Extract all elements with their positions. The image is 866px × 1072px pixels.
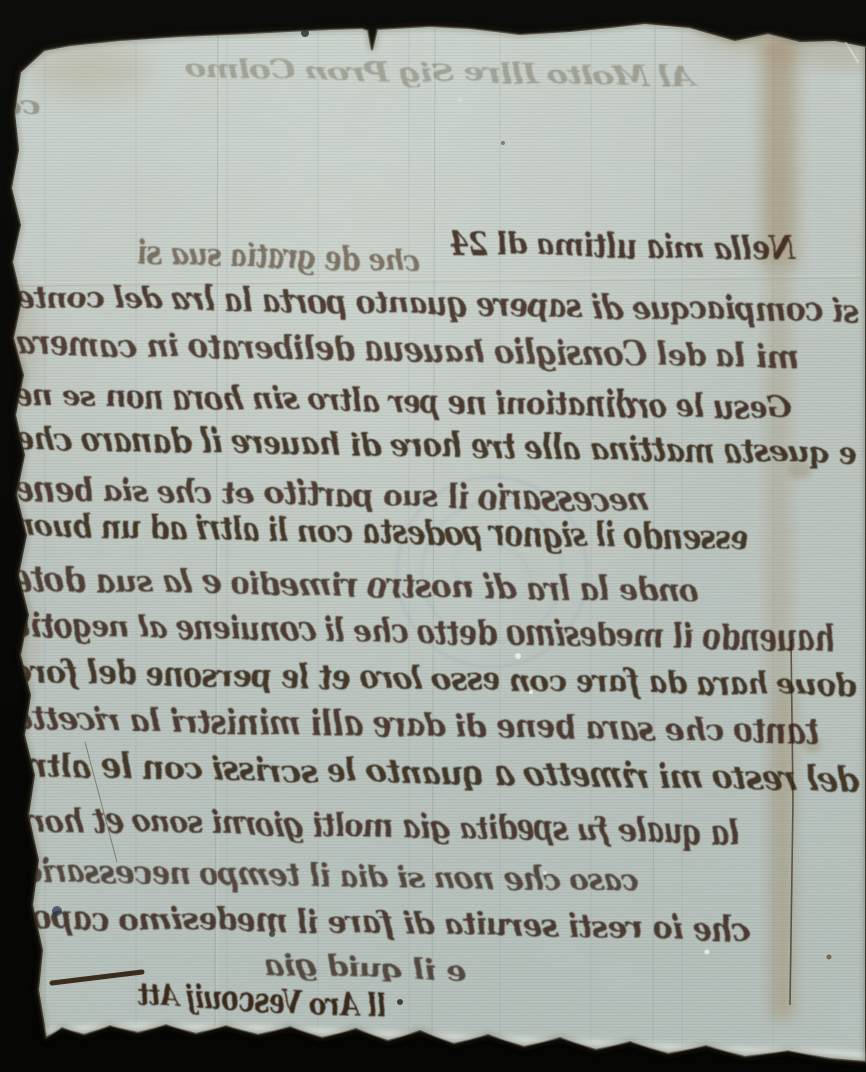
spot xyxy=(397,999,403,1005)
paper-sheet: Al Molto Illre Sig Pron Colmoceche de gr… xyxy=(0,0,866,1072)
spot xyxy=(501,141,505,145)
handwriting-line: Nella mia ultima dl 24 xyxy=(450,223,797,268)
spot xyxy=(269,931,275,937)
spot xyxy=(827,955,832,960)
scan-canvas: Al Molto Illre Sig Pron Colmoceche de gr… xyxy=(0,0,866,1072)
spot xyxy=(543,871,547,875)
spot xyxy=(52,906,62,916)
spot xyxy=(515,653,521,659)
spot xyxy=(458,98,463,103)
manuscript-scan: Al Molto Illre Sig Pron Colmoceche de gr… xyxy=(0,0,866,1072)
handwriting-line: e il quid gia xyxy=(265,947,466,987)
spot xyxy=(705,950,710,955)
spot xyxy=(529,690,533,694)
